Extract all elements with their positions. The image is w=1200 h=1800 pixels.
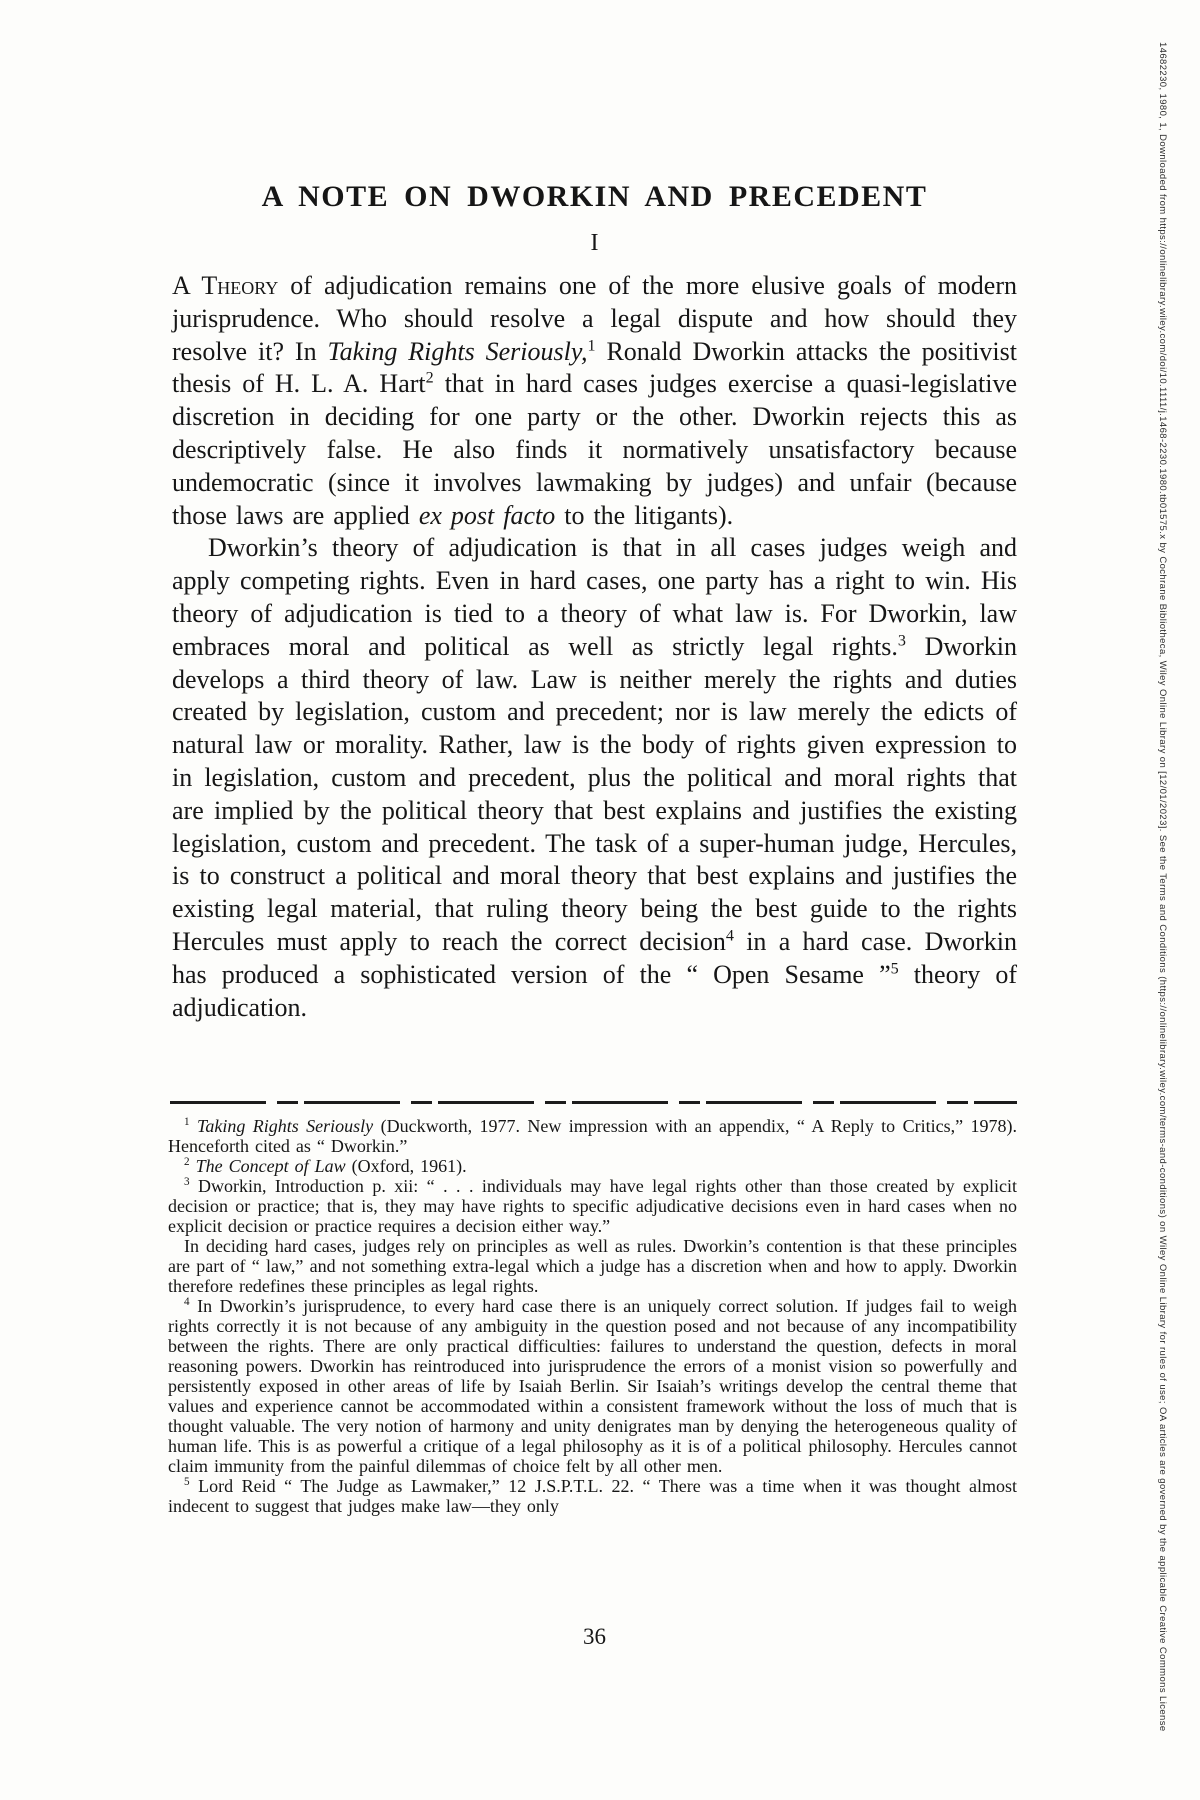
section-numeral: I [172,230,1017,257]
footnote-paragraph: 5 Lord Reid “ The Judge as Lawmaker,” 12… [168,1476,1017,1516]
text-segment: Taking Rights Seriously, [328,337,588,366]
text-segment: A [172,271,201,300]
footnote-marker: 3 [898,632,906,649]
text-segment: ex post facto [419,501,555,530]
footnote-paragraph: 3 Dworkin, Introduction p. xii: “ . . . … [168,1176,1017,1236]
footnote-marker: 2 [426,370,434,387]
footnote-separator-rule [170,1101,1017,1104]
scanned-journal-page: A NOTE ON DWORKIN AND PRECEDENT I A Theo… [0,0,1200,1800]
footnote-paragraph: 1 Taking Rights Seriously (Duckworth, 19… [168,1116,1017,1156]
footnote-paragraph: 4 In Dworkin’s jurisprudence, to every h… [168,1296,1017,1476]
text-segment: Lord Reid “ The Judge as Lawmaker,” 12 J… [168,1476,1017,1516]
footnote-paragraph: In deciding hard cases, judges rely on p… [168,1236,1017,1296]
article-title: A NOTE ON DWORKIN AND PRECEDENT [172,180,1017,214]
footnote-marker: 1 [587,337,595,354]
text-segment: Dworkin’s theory of adjudication is that… [172,533,1017,660]
text-segment: In Dworkin’s jurisprudence, to every har… [168,1296,1017,1476]
body-text: A Theory of adjudication remains one of … [172,270,1017,1024]
text-segment: to the litigants). [555,501,733,530]
article-body-column: A NOTE ON DWORKIN AND PRECEDENT I A Theo… [172,180,1017,1024]
footnote-marker: 5 [891,960,899,977]
text-segment: Theory [201,271,278,300]
text-segment: (Oxford, 1961). [346,1156,467,1176]
body-paragraph: A Theory of adjudication remains one of … [172,270,1017,532]
text-segment: The Concept of Law [190,1156,346,1176]
body-paragraph: Dworkin’s theory of adjudication is that… [172,532,1017,1024]
download-watermark: 14682230, 1980, 1, Downloaded from https… [1157,42,1168,1764]
text-segment: Dworkin develops a third theory of law. … [172,632,1017,956]
footnote-marker: 4 [726,927,734,944]
text-segment: In deciding hard cases, judges rely on p… [168,1236,1017,1296]
footnote-paragraph: 2 The Concept of Law (Oxford, 1961). [168,1156,1017,1176]
text-segment: Taking Rights Seriously [190,1116,374,1136]
text-segment: Dworkin, Introduction p. xii: “ . . . in… [168,1176,1017,1236]
page-number: 36 [172,1624,1017,1650]
footnotes-block: 1 Taking Rights Seriously (Duckworth, 19… [168,1116,1017,1516]
